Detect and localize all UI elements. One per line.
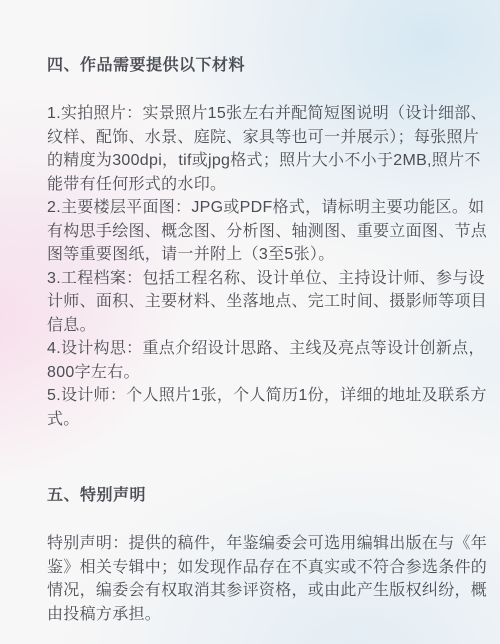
text-line: 1.实拍照片：实景照片15张左右并配简短图说明（设计细部、 [47, 102, 458, 126]
text-line: 特别声明：提供的稿件，年鉴编委会可选用编辑出版在与《年 [47, 532, 458, 556]
section4-body: 1.实拍照片：实景照片15张左右并配简短图说明（设计细部、 纹样、配饰、水景、庭… [47, 102, 458, 431]
text-line: 由投稿方承担。 [47, 603, 458, 627]
section5-body: 特别声明：提供的稿件，年鉴编委会可选用编辑出版在与《年 鉴》相关专辑中；如发现作… [47, 532, 458, 626]
text-line: 有构思手绘图、概念图、分析图、轴测图、重要立面图、节点 [47, 220, 458, 244]
text-line: 能带有任何形式的水印。 [47, 173, 458, 197]
document-page: 四、作品需要提供以下材料 1.实拍照片：实景照片15张左右并配简短图说明（设计细… [0, 0, 500, 644]
text-line: 鉴》相关专辑中；如发现作品存在不真实或不符合参选条件的 [47, 556, 458, 580]
text-line: 4.设计构思：重点介绍设计思路、主线及亮点等设计创新点， [47, 337, 458, 361]
text-line: 3.工程档案：包括工程名称、设计单位、主持设计师、参与设 [47, 267, 458, 291]
document-content: 四、作品需要提供以下材料 1.实拍照片：实景照片15张左右并配简短图说明（设计细… [47, 54, 458, 626]
text-line: 计师、面积、主要材料、坐落地点、完工时间、摄影师等项目 [47, 290, 458, 314]
text-line: 图等重要图纸，请一并附上（3至5张）。 [47, 243, 458, 267]
text-line: 5.设计师：个人照片1张，个人简历1份，详细的地址及联系方 [47, 384, 458, 408]
text-line: 800字左右。 [47, 361, 458, 385]
section4-heading: 四、作品需要提供以下材料 [47, 54, 458, 78]
text-line: 的精度为300dpi，tif或jpg格式；照片大小不小于2MB,照片不 [47, 149, 458, 173]
text-line: 信息。 [47, 314, 458, 338]
text-line: 情况，编委会有权取消其参评资格，或由此产生版权纠纷，概 [47, 579, 458, 603]
text-line: 2.主要楼层平面图：JPG或PDF格式，请标明主要功能区。如 [47, 196, 458, 220]
section5-heading: 五、特别声明 [47, 484, 458, 508]
text-line: 纹样、配饰、水景、庭院、家具等也可一并展示）；每张照片 [47, 126, 458, 150]
text-line: 式。 [47, 408, 458, 432]
